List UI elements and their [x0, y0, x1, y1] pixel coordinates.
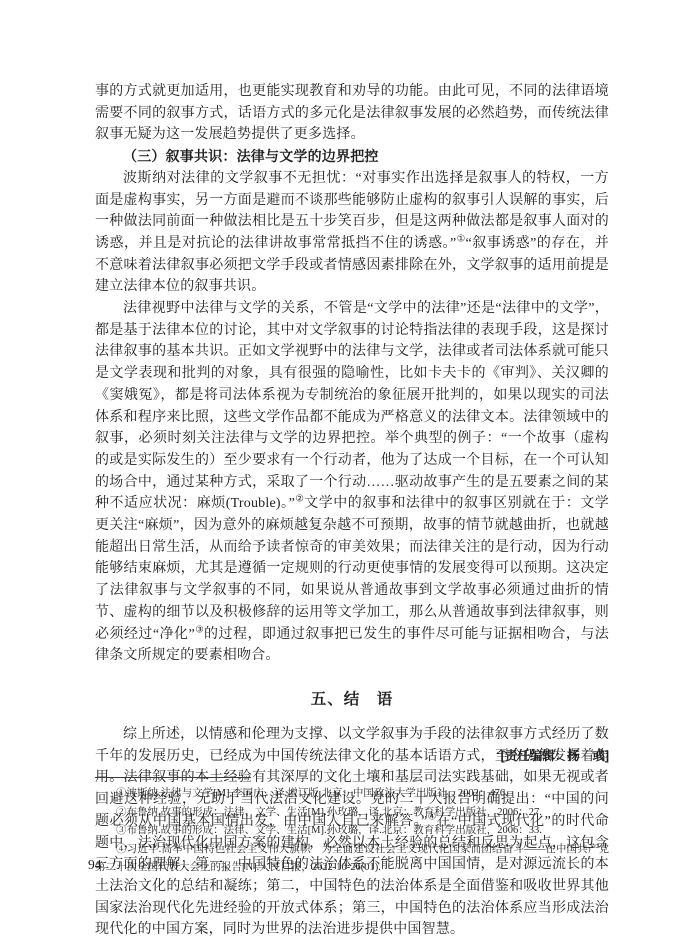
footnote-ref-1: ① [456, 234, 465, 244]
footnotes-list: ①波斯纳.法律与文学[M].李国庆，译.增订版.北京：中国政法大学出版社，200… [95, 785, 609, 878]
footnote-text: 布鲁纳.故事的形成：法律、文学、生活[M].孙玫璐，译.北京：教育科学出版社，2… [127, 825, 542, 836]
footnote-text: 波斯纳.法律与文学[M].李国庆，译.增订版.北京：中国政法大学出版社，2002… [127, 788, 508, 799]
text-segment: 文学中的叙事和法律中的叙事区别就在于：文学更关注“麻烦”，因为意外的麻烦越复杂越… [95, 496, 609, 641]
footnote-text: 习近平.高举中国特色社会主义伟大旗帜 为全面建设社会主义现代化国家而团结奋斗——… [95, 844, 609, 874]
section-heading-conclusion: 五、结 语 [95, 689, 609, 711]
paragraph-boundary: 法律视野中法律与文学的关系，不管是“文学中的法律”还是“法律中的文学”，都是基于… [95, 298, 609, 667]
footnote-marker: ③ [116, 825, 127, 836]
editor-note: [责任编辑：杨 彧] [95, 748, 609, 764]
subsection-heading: （三）叙事共识：法律与文学的边界把控 [95, 146, 609, 168]
footnote-marker: ④ [116, 844, 127, 855]
page-number: 94 [88, 857, 102, 873]
paragraph-posner-quote: 波斯纳对法律的文学叙事不无担忧：“对事实作出选择是叙事人的特权，一方面是虚构事实… [95, 168, 609, 298]
footnote-marker: ② [116, 807, 127, 818]
footnote-item-3: ③布鲁纳.故事的形成：法律、文学、生活[M].孙玫璐，译.北京：教育科学出版社，… [95, 822, 609, 841]
footnote-text: 布鲁纳.故事的形成：法律、文学、生活[M].孙玫璐，译.北京：教育科学出版社，2… [127, 807, 542, 818]
document-page: 事的方式就更加适用，也更能实现教育和劝导的功能。由此可见，不同的法律语境需要不同… [0, 0, 700, 943]
footnote-item-2: ②布鲁纳.故事的形成：法律、文学、生活[M].孙玫璐，译.北京：教育科学出版社，… [95, 804, 609, 823]
footnote-item-1: ①波斯纳.法律与文学[M].李国庆，译.增订版.北京：中国政法大学出版社，200… [95, 785, 609, 804]
footnote-ref-3: ③ [195, 625, 204, 635]
page-footer: [责任编辑：杨 彧] ①波斯纳.法律与文学[M].李国庆，译.增订版.北京：中国… [95, 748, 609, 878]
footnote-ref-2: ② [295, 495, 304, 505]
paragraph-continuation: 事的方式就更加适用，也更能实现教育和劝导的功能。由此可见，不同的法律语境需要不同… [95, 81, 609, 146]
footnote-item-4: ④习近平.高举中国特色社会主义伟大旗帜 为全面建设社会主义现代化国家而团结奋斗—… [95, 841, 609, 878]
footnote-divider [95, 777, 251, 778]
text-segment: 法律视野中法律与文学的关系，不管是“文学中的法律”还是“法律中的文学”，都是基于… [95, 301, 609, 511]
footnote-marker: ① [116, 788, 127, 799]
